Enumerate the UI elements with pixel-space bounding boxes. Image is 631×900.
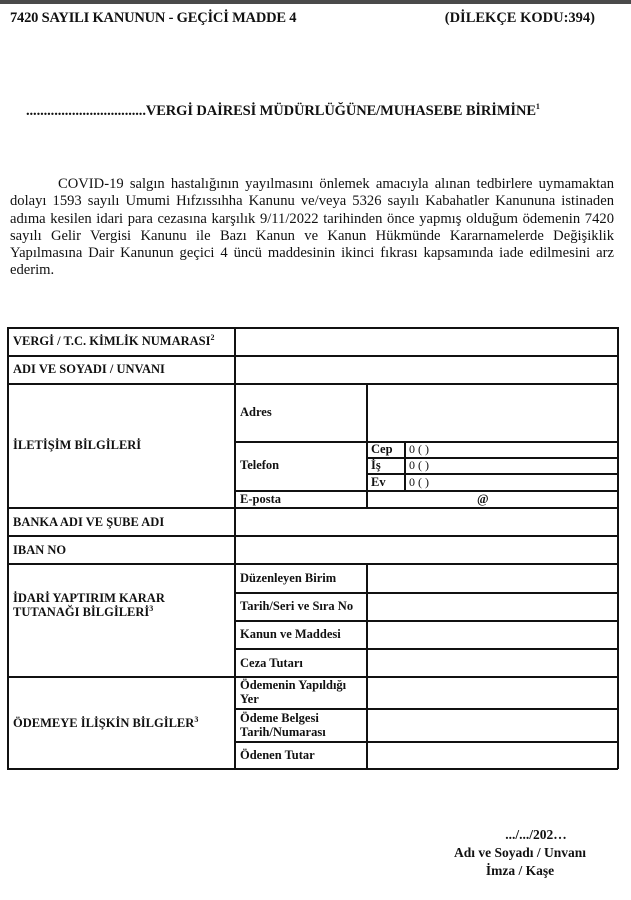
signature-name: Adı ve Soyadı / Unvanı: [435, 844, 605, 862]
footnote-marker: 3: [194, 715, 198, 724]
mobile-phone-label: Cep: [371, 442, 393, 456]
row-divider: [234, 490, 618, 492]
law-article-label: Kanun ve Maddesi: [240, 627, 341, 641]
law-article-field[interactable]: [369, 622, 615, 647]
phone-label: Telefon: [240, 458, 279, 472]
sanction-label-line1: İDARİ YAPTIRIM KARAR: [13, 591, 165, 605]
iban-label: IBAN NO: [13, 543, 66, 557]
issuing-unit-label: Düzenleyen Birim: [240, 571, 336, 585]
fine-amount-label: Ceza Tutarı: [240, 656, 303, 670]
tax-id-label-text: VERGİ / T.C. KİMLİK NUMARASI: [13, 334, 210, 348]
addressee-text: ..................................VERGİ …: [26, 103, 536, 119]
payment-info-label: ÖDEMEYE İLİŞKİN BİLGİLER3: [13, 716, 198, 730]
contact-info-label: İLETİŞİM BİLGİLERİ: [13, 438, 141, 452]
payment-document-label: Ödeme Belgesi Tarih/Numarası: [240, 711, 326, 739]
footnote-marker: 3: [149, 604, 153, 613]
addressee-line: ..................................VERGİ …: [26, 103, 540, 120]
footnote-marker: 1: [536, 102, 540, 111]
column-divider: [366, 383, 368, 507]
signature-date: .../.../202…: [435, 826, 605, 844]
name-field[interactable]: [237, 357, 615, 382]
payment-place-label-line2: Yer: [240, 692, 346, 706]
issuing-unit-field[interactable]: [369, 565, 615, 591]
work-phone-field[interactable]: 0 ( ): [409, 458, 429, 472]
fine-amount-field[interactable]: [369, 650, 615, 675]
paid-amount-label: Ödenen Tutar: [240, 748, 315, 762]
home-phone-label: Ev: [371, 475, 386, 489]
address-field[interactable]: [369, 385, 615, 440]
column-divider: [366, 563, 368, 769]
home-phone-field[interactable]: 0 ( ): [409, 475, 429, 489]
table-border: [7, 768, 618, 770]
form-title: 7420 SAYILI KANUNUN - GEÇİCİ MADDE 4: [10, 10, 296, 27]
bank-label: BANKA ADI VE ŞUBE ADI: [13, 515, 164, 529]
column-divider: [404, 441, 406, 490]
petition-code: (DİLEKÇE KODU:394): [445, 10, 595, 27]
payment-document-label-line1: Ödeme Belgesi: [240, 711, 326, 725]
footnote-marker: 2: [210, 333, 214, 342]
sanction-label-line2: TUTANAĞI BİLGİLERİ: [13, 605, 149, 619]
sanction-label: İDARİ YAPTIRIM KARAR TUTANAĞI BİLGİLERİ3: [13, 591, 165, 619]
tax-id-field[interactable]: [237, 329, 615, 354]
table-border: [7, 327, 9, 769]
payment-info-label-text: ÖDEMEYE İLİŞKİN BİLGİLER: [13, 716, 194, 730]
payment-document-field[interactable]: [369, 710, 615, 740]
tax-id-label: VERGİ / T.C. KİMLİK NUMARASI2: [13, 334, 214, 348]
mobile-phone-field[interactable]: 0 ( ): [409, 442, 429, 456]
signature-stamp: İmza / Kaşe: [435, 862, 605, 880]
top-border: [0, 0, 631, 4]
signature-block: .../.../202… Adı ve Soyadı / Unvanı İmza…: [435, 826, 605, 880]
name-label: ADI VE SOYADI / UNVANI: [13, 362, 165, 376]
paid-amount-field[interactable]: [369, 743, 615, 767]
payment-place-label-line1: Ödemenin Yapıldığı: [240, 678, 346, 692]
work-phone-label: İş: [371, 458, 381, 472]
date-serial-label: Tarih/Seri ve Sıra No: [240, 599, 353, 613]
email-label: E-posta: [240, 492, 281, 506]
bank-field[interactable]: [237, 509, 615, 534]
column-divider: [234, 327, 236, 769]
email-field[interactable]: @: [477, 492, 489, 506]
payment-document-label-line2: Tarih/Numarası: [240, 725, 326, 739]
table-border: [617, 327, 619, 769]
date-serial-field[interactable]: [369, 594, 615, 619]
address-label: Adres: [240, 405, 272, 419]
payment-place-label: Ödemenin Yapıldığı Yer: [240, 678, 346, 706]
application-form-table: VERGİ / T.C. KİMLİK NUMARASI2 ADI VE SOY…: [7, 327, 618, 769]
payment-place-field[interactable]: [369, 678, 615, 707]
iban-field[interactable]: [237, 537, 615, 562]
petition-body: COVID-19 salgın hastalığının yayılmasını…: [10, 176, 614, 280]
